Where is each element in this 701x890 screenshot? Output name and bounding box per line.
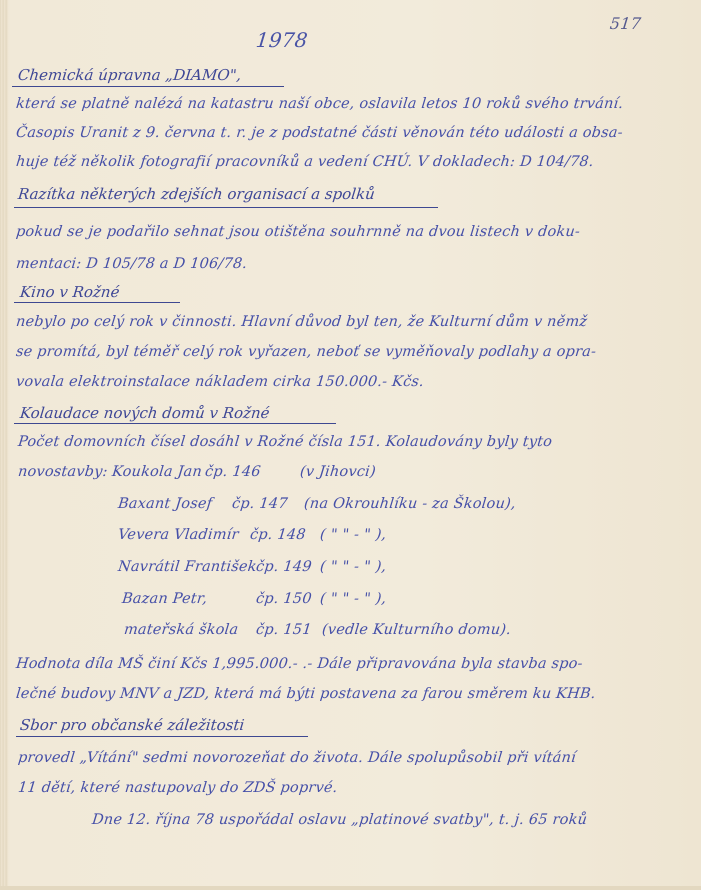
building-location: ( " " - " ), bbox=[319, 559, 387, 575]
heading-underline bbox=[14, 423, 336, 424]
section-heading-civic-affairs: Sbor pro občanské záležitosti bbox=[19, 716, 245, 734]
heading-underline bbox=[14, 207, 438, 208]
building-location: (v Jihovci) bbox=[299, 464, 376, 480]
text-line: Počet domovních čísel dosáhl v Rožné čís… bbox=[17, 434, 553, 450]
building-owner: mateřská škola bbox=[123, 622, 239, 638]
year-heading: 1978 bbox=[255, 28, 309, 52]
section-heading-new-houses: Kolaudace nových domů v Rožné bbox=[19, 404, 270, 422]
building-owner: Navrátil František bbox=[117, 559, 257, 575]
building-number: čp. 148 bbox=[249, 527, 306, 543]
text-line: Časopis Uranit z 9. června t. r. je z po… bbox=[15, 125, 623, 141]
text-line: nebylo po celý rok v činnosti. Hlavní dů… bbox=[15, 314, 588, 330]
building-owner: Vevera Vladimír bbox=[117, 527, 239, 543]
text-line: pokud se je podařilo sehnat jsou otištěn… bbox=[15, 224, 581, 240]
text-line: huje též několik fotografií pracovníků a… bbox=[15, 154, 594, 170]
text-line: Dne 12. října 78 uspořádal oslavu „plati… bbox=[91, 812, 588, 828]
heading-underline bbox=[16, 736, 308, 737]
text-line: mentaci: D 105/78 a D 106/78. bbox=[15, 256, 248, 272]
building-owner: Bazan Petr, bbox=[121, 591, 208, 607]
building-number: čp. 151 bbox=[255, 622, 312, 638]
section-heading-cinema: Kino v Rožné bbox=[19, 283, 120, 301]
building-location: (vedle Kulturního domu). bbox=[321, 622, 512, 638]
building-owner: Koukola Jan bbox=[111, 464, 203, 480]
building-number: čp. 147 bbox=[231, 496, 288, 512]
building-location: (na Okrouhlíku - za Školou), bbox=[303, 496, 516, 512]
building-number: čp. 149 bbox=[255, 559, 312, 575]
page-bottom-edge bbox=[0, 886, 701, 890]
text-line: se promítá, byl téměř celý rok vyřazen, … bbox=[15, 344, 597, 360]
heading-underline bbox=[12, 86, 284, 87]
building-location: ( " " - " ), bbox=[319, 591, 387, 607]
text-line: vovala elektroinstalace nákladem cirka 1… bbox=[15, 374, 425, 390]
section-heading-stamps: Razítka některých zdejších organisací a … bbox=[17, 185, 376, 203]
page-binding-edge bbox=[0, 0, 8, 890]
section-heading-diamo: Chemická úpravna „DIAMO", bbox=[17, 66, 242, 84]
text-line: 11 dětí, které nastupovaly do ZDŠ poprvé… bbox=[17, 780, 338, 796]
text-line: Hodnota díla MŠ činí Kčs 1,995.000.- .- … bbox=[15, 656, 583, 672]
page-number: 517 bbox=[609, 14, 642, 33]
handwritten-chronicle-page: 1978 517 Chemická úpravna „DIAMO", která… bbox=[0, 0, 701, 890]
building-number: čp. 150 bbox=[255, 591, 312, 607]
text-line: která se platně nalézá na katastru naší … bbox=[15, 96, 624, 112]
building-owner: Baxant Josef bbox=[117, 496, 213, 512]
building-number: čp. 146 bbox=[204, 464, 261, 480]
text-line: provedl „Vítání" sedmi novorozeňat do ži… bbox=[17, 750, 577, 766]
text-line: novostavby: bbox=[17, 464, 108, 480]
building-location: ( " " - " ), bbox=[319, 527, 387, 543]
heading-underline bbox=[14, 302, 180, 303]
text-line: lečné budovy MNV a JZD, která má býti po… bbox=[15, 686, 596, 702]
